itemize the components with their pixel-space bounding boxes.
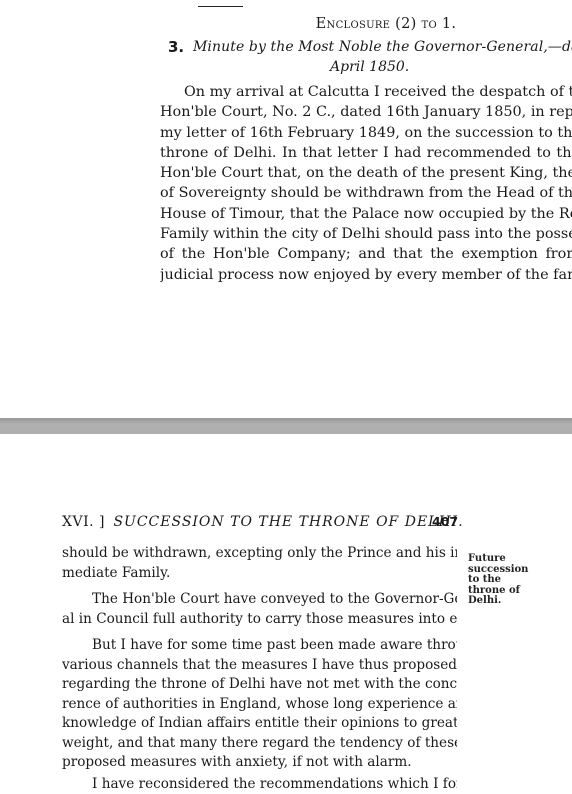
text-line: House of Timour, that the Palace now occ…: [160, 204, 572, 224]
minute-title-date: April 1850.: [330, 59, 409, 75]
text-line: weight, and that many there regard the t…: [62, 734, 457, 754]
text-line: of the Hon'ble Company; and that the exe…: [160, 244, 572, 264]
paragraph-4: I have reconsidered the recommendations …: [62, 775, 457, 794]
text-line: my letter of 16th February 1849, on the …: [160, 123, 572, 143]
paragraph-1: should be withdrawn, excepting only the …: [62, 544, 457, 583]
text-line: knowledge of Indian affairs entitle thei…: [62, 714, 457, 734]
page-upper: Enclosure (2) to 1. 3. Minute by the Mos…: [0, 0, 572, 418]
section-rule: [198, 6, 243, 7]
text-line: judicial process now enjoyed by every me…: [160, 265, 572, 285]
text-line: regarding the throne of Delhi have not m…: [62, 675, 457, 695]
paragraph-3: But I have for some time past been made …: [62, 636, 457, 773]
minute-number: 3.: [168, 38, 184, 56]
running-head: XVI. ] SUCCESSION TO THE THRONE OF DELHI…: [62, 514, 462, 530]
text-line: various channels that the measures I hav…: [62, 656, 457, 676]
text-line: rence of authorities in England, whose l…: [62, 695, 457, 715]
running-title: SUCCESSION TO THE THRONE OF DELHI.: [113, 514, 463, 530]
text-line: On my arrival at Calcutta I received the…: [160, 82, 572, 102]
text-line: proposed measures with anxiety, if not w…: [62, 753, 457, 773]
paragraph-2: The Hon'ble Court have conveyed to the G…: [62, 590, 457, 629]
page-separator: [0, 418, 572, 434]
text-line: of Sovereignty should be withdrawn from …: [160, 183, 572, 203]
text-line: mediate Family.: [62, 564, 457, 584]
text-line: al in Council full authority to carry th…: [62, 610, 457, 630]
text-line: Hon'ble Court that, on the death of the …: [160, 163, 572, 183]
page-number: 407: [432, 514, 458, 529]
text-line: Hon'ble Court, No. 2 C., dated 16th Janu…: [160, 102, 572, 122]
text-line: I have reconsidered the recommendations …: [62, 775, 457, 794]
enclosure-heading: Enclosure (2) to 1.: [0, 16, 572, 32]
chapter-number: XVI. ]: [62, 514, 105, 530]
text-line: But I have for some time past been made …: [62, 636, 457, 656]
text-line: should be withdrawn, excepting only the …: [62, 544, 457, 564]
text-line: throne of Delhi. In that letter I had re…: [160, 143, 572, 163]
text-line: Family within the city of Delhi should p…: [160, 224, 572, 244]
margin-note: Future succession to the throne of Delhi…: [468, 554, 528, 607]
minute-paragraph: On my arrival at Calcutta I received the…: [160, 82, 572, 285]
page-lower: XVI. ] SUCCESSION TO THE THRONE OF DELHI…: [0, 434, 572, 794]
text-line: The Hon'ble Court have conveyed to the G…: [62, 590, 457, 610]
minute-title: Minute by the Most Noble the Governor-Ge…: [193, 39, 572, 55]
